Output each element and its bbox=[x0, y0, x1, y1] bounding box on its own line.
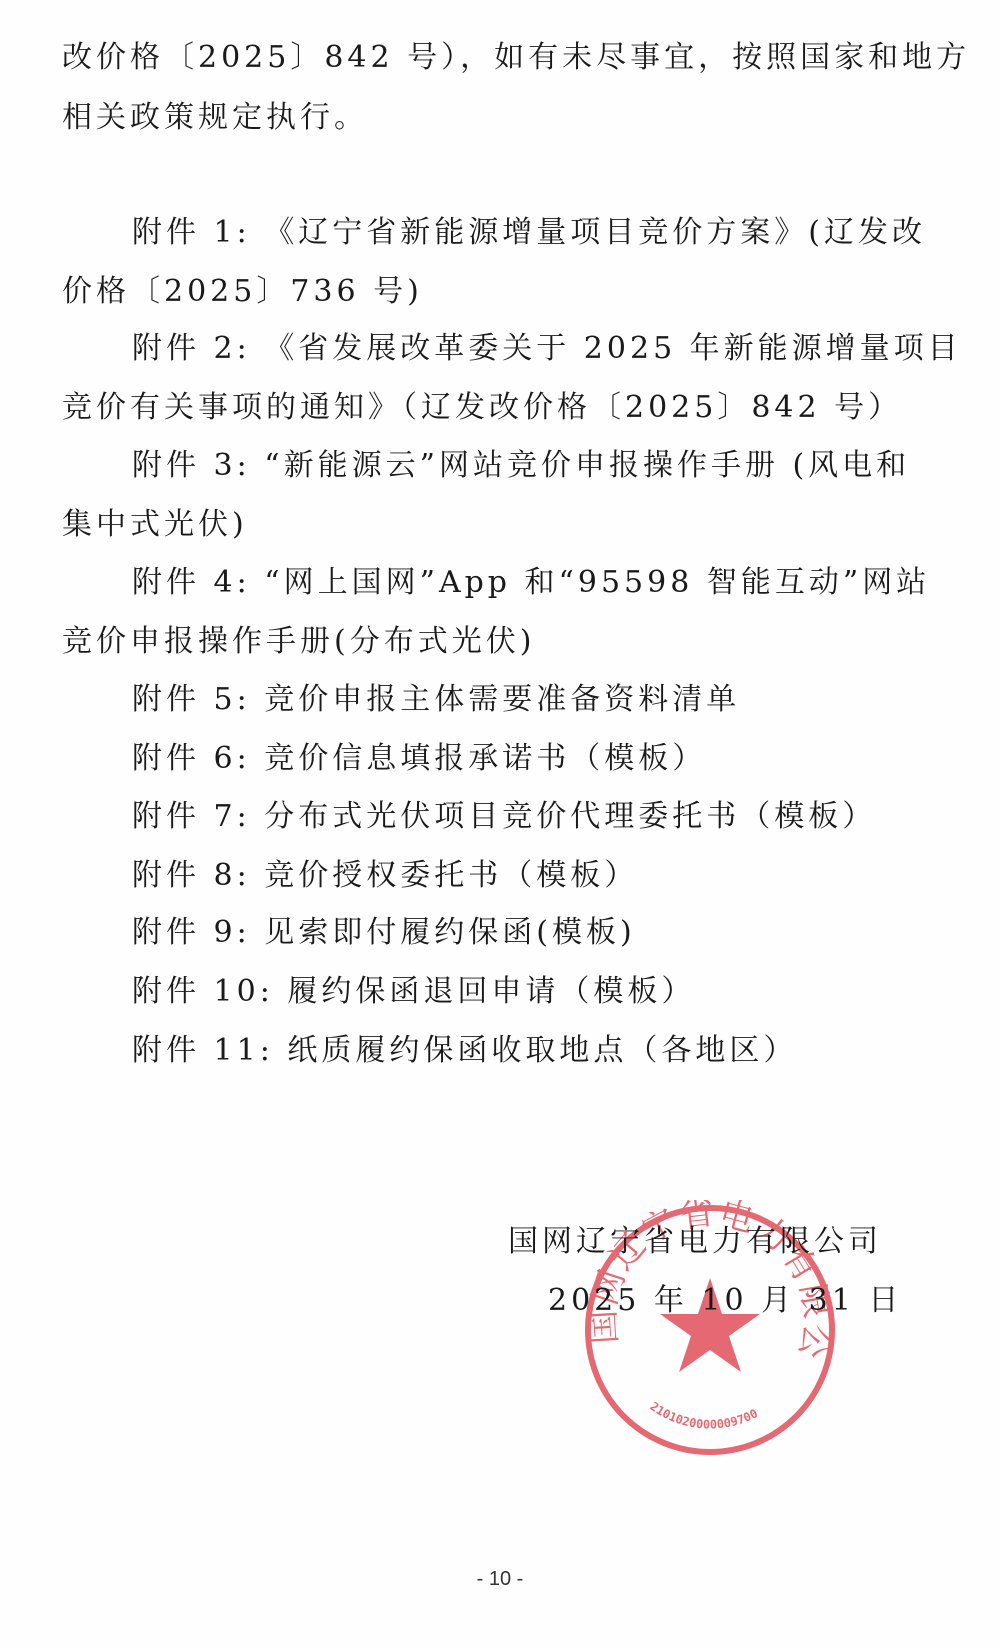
attachment-2-cont: 竞价有关事项的通知》（辽发改价格〔2025〕842 号） bbox=[62, 388, 902, 428]
signature-date: 2025 年 10 月 31 日 bbox=[548, 1281, 902, 1321]
attachment-8: 附件 8: 竞价授权委托书（模板） bbox=[132, 856, 638, 896]
attachment-4-cont: 竞价申报操作手册(分布式光伏) bbox=[62, 622, 535, 662]
signature-organization: 国网辽宁省电力有限公司 bbox=[508, 1222, 882, 1262]
attachment-1-cont: 价格〔2025〕736 号) bbox=[62, 272, 423, 312]
attachment-5: 附件 5: 竞价申报主体需要准备资料清单 bbox=[132, 680, 740, 720]
attachment-9: 附件 9: 见索即付履约保函(模板) bbox=[132, 913, 636, 953]
attachment-1: 附件 1: 《辽宁省新能源增量项目竞价方案》(辽发改 bbox=[132, 213, 926, 253]
document-page: 改价格〔2025〕842 号），如有未尽事宜，按照国家和地方 相关政策规定执行。… bbox=[0, 0, 1000, 1649]
attachment-4: 附件 4: “网上国网”App 和“95598 智能互动”网站 bbox=[132, 563, 930, 603]
body-text-line: 改价格〔2025〕842 号），如有未尽事宜，按照国家和地方 bbox=[62, 38, 970, 78]
attachment-3: 附件 3: “新能源云”网站竞价申报操作手册 (风电和 bbox=[132, 446, 910, 486]
attachment-10: 附件 10: 履约保函退回申请（模板） bbox=[132, 972, 695, 1012]
page-number: - 10 - bbox=[0, 1568, 1000, 1591]
svg-text:2101020000009700: 2101020000009700 bbox=[648, 1399, 761, 1431]
attachment-3-cont: 集中式光伏) bbox=[62, 505, 248, 545]
attachment-6: 附件 6: 竞价信息填报承诺书（模板） bbox=[132, 739, 706, 779]
attachment-2: 附件 2: 《省发展改革委关于 2025 年新能源增量项目 bbox=[132, 329, 962, 369]
attachment-11: 附件 11: 纸质履约保函收取地点（各地区） bbox=[132, 1031, 797, 1071]
attachment-7: 附件 7: 分布式光伏项目竞价代理委托书（模板） bbox=[132, 797, 876, 837]
body-text-line: 相关政策规定执行。 bbox=[62, 98, 368, 138]
